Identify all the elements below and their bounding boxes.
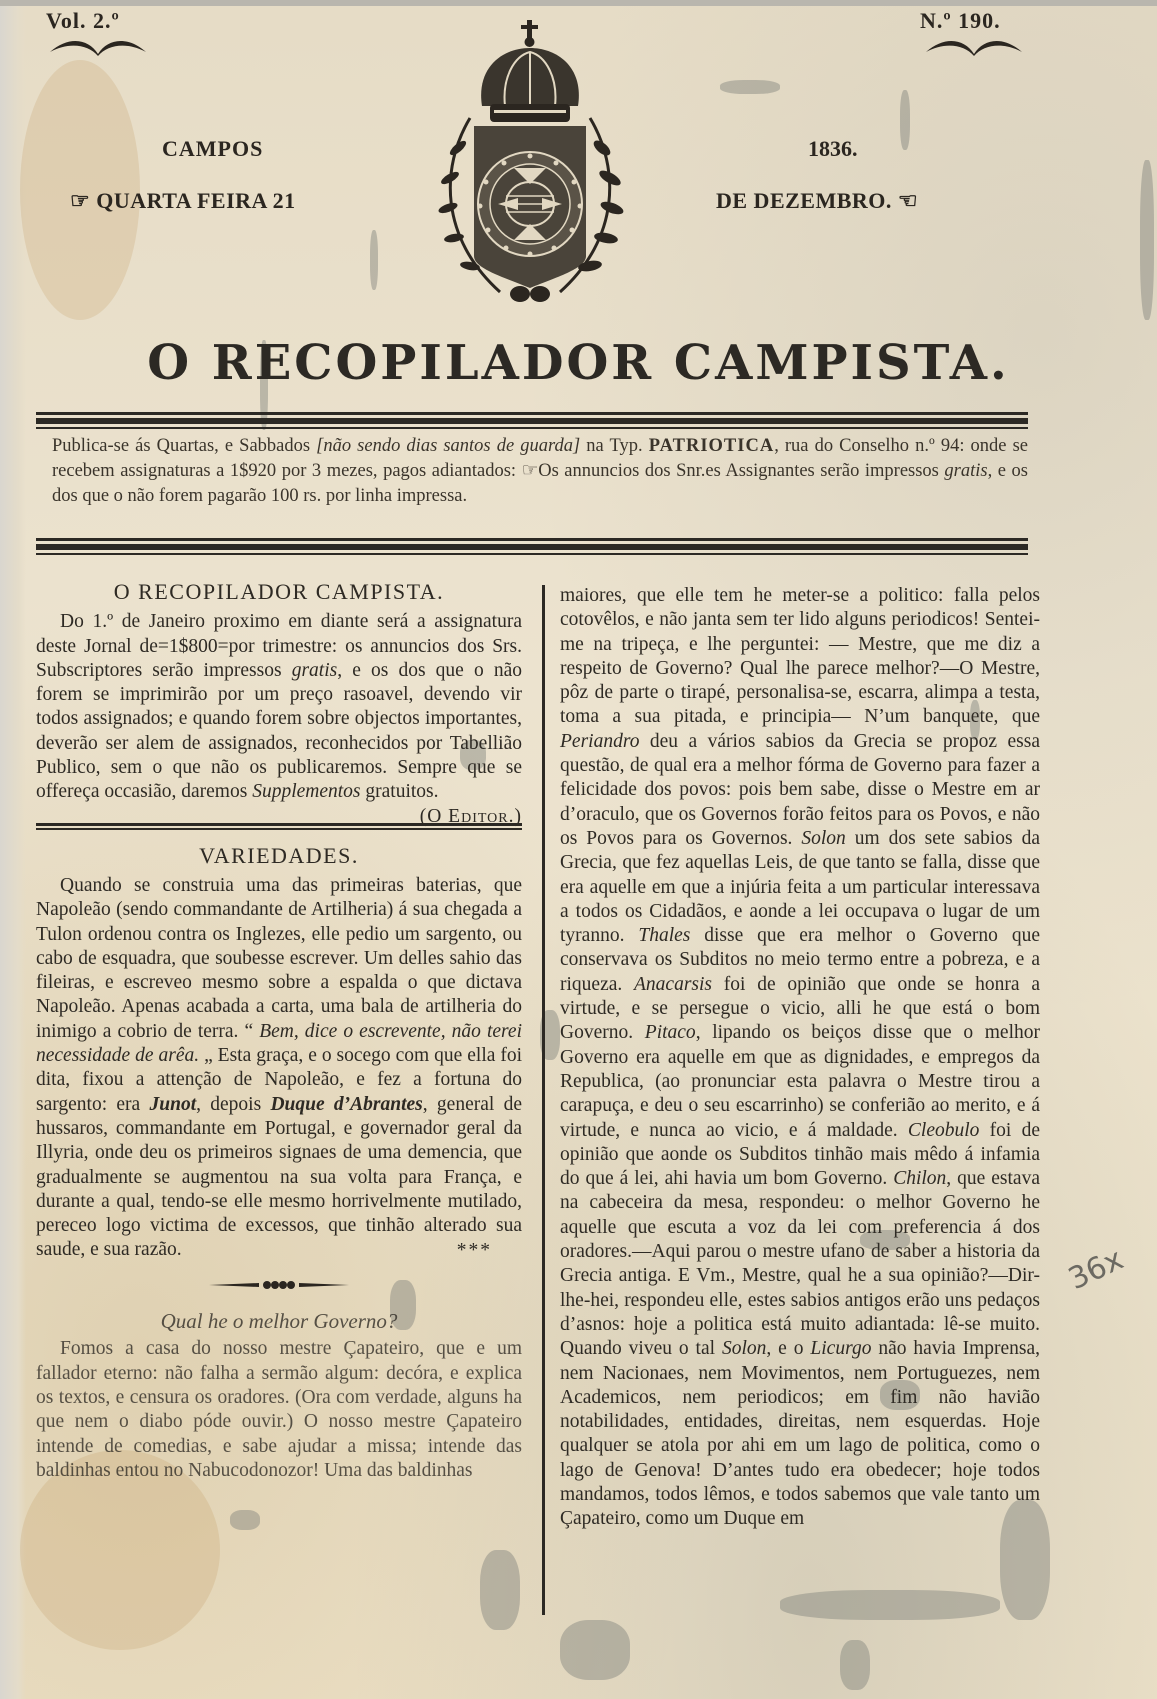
body-italic: Pitaco xyxy=(645,1022,696,1043)
body-italic: Solon xyxy=(801,828,845,849)
header-rule xyxy=(36,412,1028,429)
flourish-ornament-icon xyxy=(209,1277,349,1293)
notice-italic: [não sendo dias santos de guarda] xyxy=(316,436,580,456)
newspaper-page: Vol. 2.º N.º 190. CAMPOS 1836. ☞ QUARTA … xyxy=(0,0,1157,1699)
body-italic: Chilon xyxy=(893,1168,946,1189)
body-italic: Cleobulo xyxy=(908,1120,980,1141)
notice-italic: gratis xyxy=(944,461,987,481)
swash-ornament-icon xyxy=(924,34,1024,56)
governo-article: Qual he o melhor Governo? Fomos a casa d… xyxy=(36,1309,522,1483)
editorial-article: O RECOPILADOR CAMPISTA. Do 1.º de Janeir… xyxy=(36,580,522,805)
newspaper-title: O RECOPILADOR CAMPISTA. xyxy=(0,335,1157,391)
governo-continued-body: maiores, que elle tem he meter-se a poli… xyxy=(560,584,1040,1532)
water-stain xyxy=(780,1590,1000,1620)
pointing-hand-icon: ☞ xyxy=(522,461,539,481)
body-italic: Solon xyxy=(722,1338,766,1359)
body-italic: Licurgo xyxy=(810,1338,871,1359)
notice-text: Os annuncios dos Snr.es Assignantes serã… xyxy=(538,461,944,481)
right-column: maiores, que elle tem he meter-se a poli… xyxy=(560,584,1040,1532)
body-text: Quando se construia uma das primeiras ba… xyxy=(36,875,522,1042)
body-italic: Thales xyxy=(638,925,690,946)
volume-label: Vol. 2.º xyxy=(46,8,120,34)
body-text: , que estava na cabeceira da mesa, respo… xyxy=(560,1168,1040,1359)
body-text: , e o xyxy=(766,1338,810,1359)
imperial-coat-of-arms-icon xyxy=(410,18,650,308)
governo-body: Fomos a casa do nosso mestre Çapateiro, … xyxy=(36,1337,522,1483)
governo-heading: Qual he o melhor Governo? xyxy=(36,1309,522,1333)
body-text: , general de hussaros, commandante em Po… xyxy=(36,1094,522,1261)
month-text: DE DEZEMBRO. xyxy=(716,188,892,213)
water-stain xyxy=(1140,160,1154,320)
body-text: , depois xyxy=(196,1094,270,1115)
page-top-edge xyxy=(0,0,1157,6)
body-italic: Periandro xyxy=(560,731,639,752)
editor-signature: (O Editor.) xyxy=(396,805,522,829)
water-stain xyxy=(370,230,378,290)
editorial-body: Do 1.º de Janeiro proximo em diante será… xyxy=(36,610,522,804)
variedades-heading: VARIEDADES. xyxy=(36,844,522,868)
body-italic: Supplementos xyxy=(252,781,360,802)
body-italic: Junot xyxy=(150,1094,197,1115)
body-text: não havia Imprensa, nem Nacionaes, nem M… xyxy=(560,1338,1040,1529)
body-text: maiores, que elle tem he meter-se a poli… xyxy=(560,585,1040,727)
body-italic: Anacarsis xyxy=(634,974,712,995)
water-stain xyxy=(560,1620,630,1680)
left-column: O RECOPILADOR CAMPISTA. Do 1.º de Janeir… xyxy=(36,580,522,1483)
place-label: CAMPOS xyxy=(162,136,263,162)
swash-ornament-icon xyxy=(48,34,148,56)
issue-number: N.º 190. xyxy=(920,8,1001,34)
water-stain xyxy=(230,1510,260,1530)
editorial-heading: O RECOPILADOR CAMPISTA. xyxy=(36,580,522,604)
month-label: DE DEZEMBRO. ☜ xyxy=(716,188,918,214)
column-divider xyxy=(542,585,545,1615)
water-stain xyxy=(840,1640,870,1690)
page-edge xyxy=(0,0,26,1699)
notice-rule xyxy=(36,538,1028,555)
water-stain xyxy=(900,90,910,150)
press-name: PATRIOTICA xyxy=(649,436,774,456)
handwritten-margin-note: 36x xyxy=(1063,1242,1128,1297)
body-italic: Duque d’Abrantes xyxy=(270,1094,422,1115)
pointing-hand-icon: ☞ xyxy=(70,188,90,214)
water-stain xyxy=(480,1550,520,1630)
variedades-article: VARIEDADES. Quando se construia uma das … xyxy=(36,844,522,1263)
body-text: gratuitos. xyxy=(361,781,439,802)
body-italic: gratis xyxy=(292,660,338,681)
pointing-hand-icon: ☜ xyxy=(898,188,918,214)
water-stain xyxy=(720,80,780,94)
publication-notice: Publica-se ás Quartas, e Sabbados [não s… xyxy=(52,434,1028,509)
year-label: 1836. xyxy=(808,136,858,162)
weekday-date: ☞ QUARTA FEIRA 21 xyxy=(70,188,296,214)
variedades-body: Quando se construia uma das primeiras ba… xyxy=(36,874,522,1263)
notice-text: na Typ. xyxy=(580,436,649,456)
notice-text: Publica-se ás Quartas, e Sabbados xyxy=(52,436,316,456)
weekday-date-text: QUARTA FEIRA 21 xyxy=(96,188,295,213)
